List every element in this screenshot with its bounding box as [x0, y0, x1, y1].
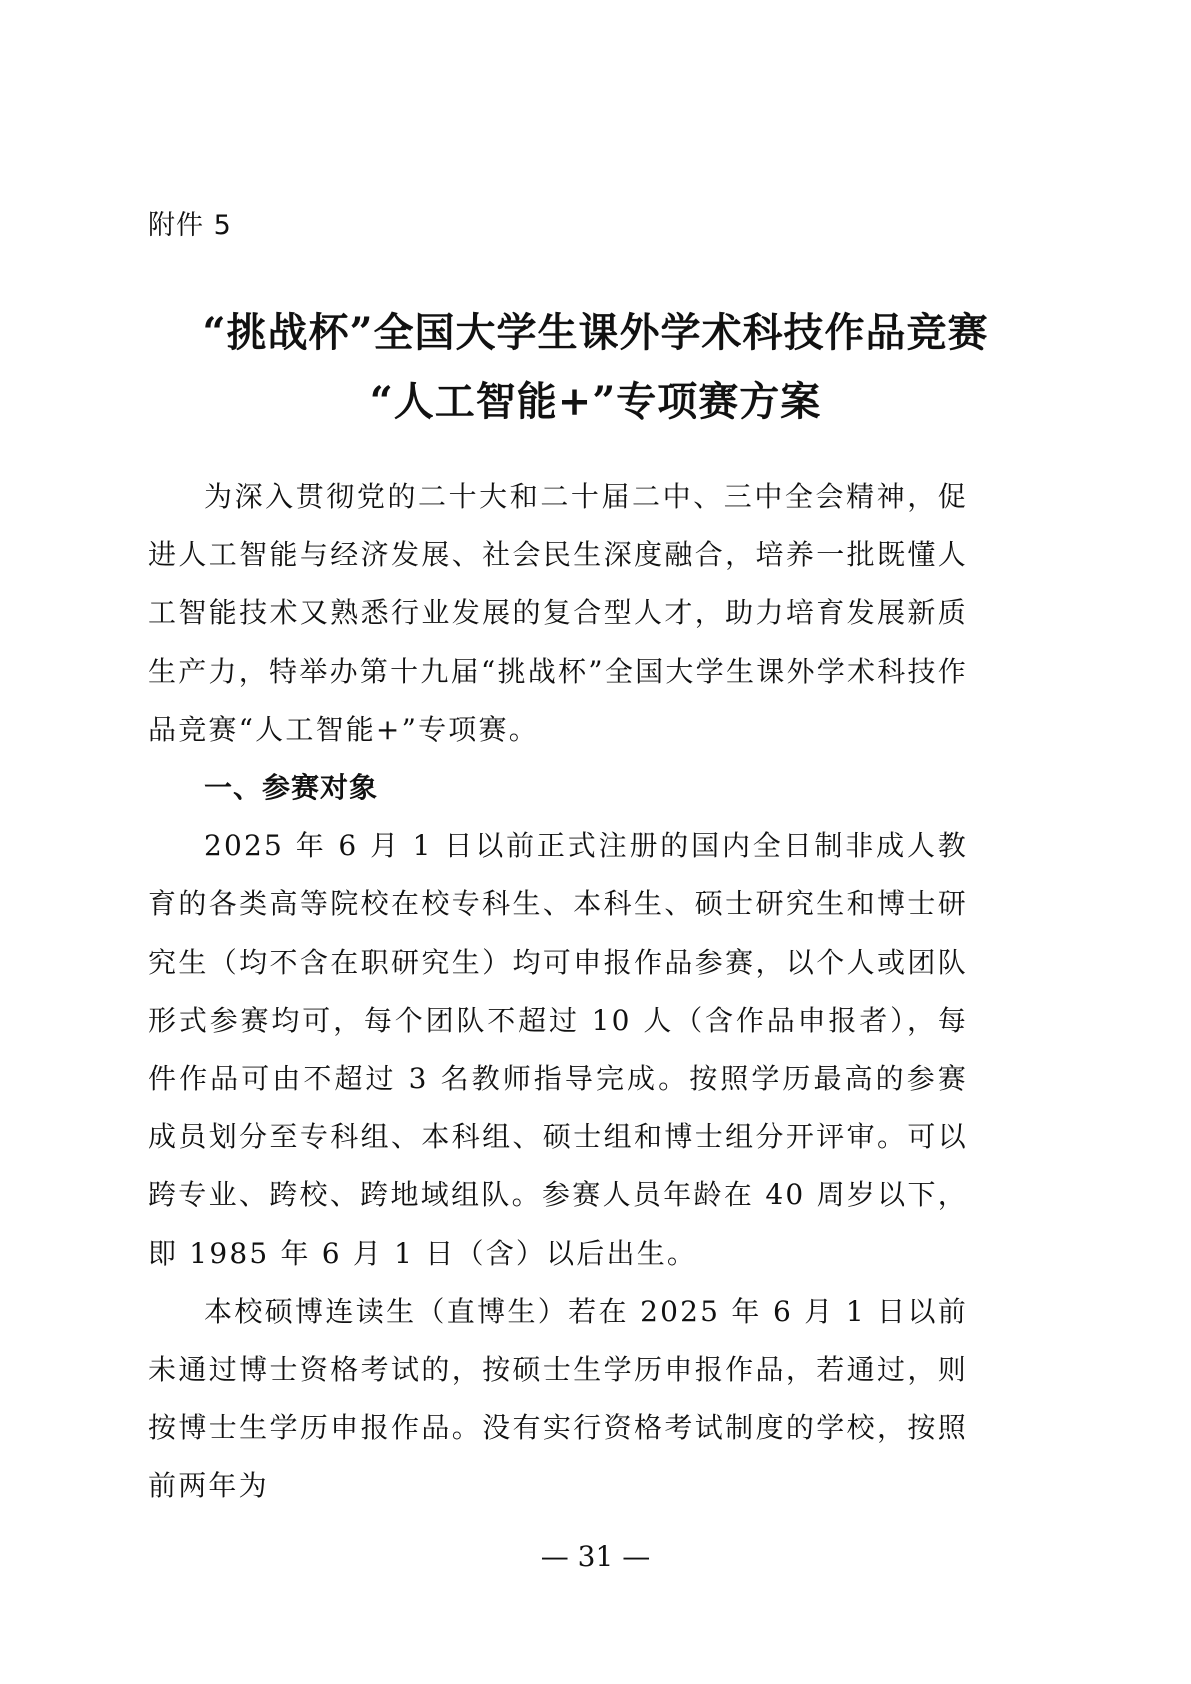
attachment-label: 附件 5 [148, 203, 232, 242]
phd-student-paragraph: 本校硕博连读生（直博生）若在 2025 年 6 月 1 日以前未通过博士资格考试… [148, 1283, 968, 1516]
document-title-line-2: “人工智能+”专项赛方案 [0, 370, 1191, 427]
page-number: — 31 — [0, 1540, 1191, 1573]
document-body: 为深入贯彻党的二十大和二十届二中、三中全会精神，促进人工智能与经济发展、社会民生… [148, 468, 968, 1516]
eligibility-paragraph: 2025 年 6 月 1 日以前正式注册的国内全日制非成人教育的各类高等院校在校… [148, 817, 968, 1283]
intro-paragraph: 为深入贯彻党的二十大和二十届二中、三中全会精神，促进人工智能与经济发展、社会民生… [148, 468, 968, 759]
section-heading-participants: 一、参赛对象 [148, 759, 968, 817]
document-page: 附件 5 “挑战杯”全国大学生课外学术科技作品竞赛 “人工智能+”专项赛方案 为… [0, 0, 1191, 1684]
document-title-line-1: “挑战杯”全国大学生课外学术科技作品竞赛 [0, 301, 1191, 358]
